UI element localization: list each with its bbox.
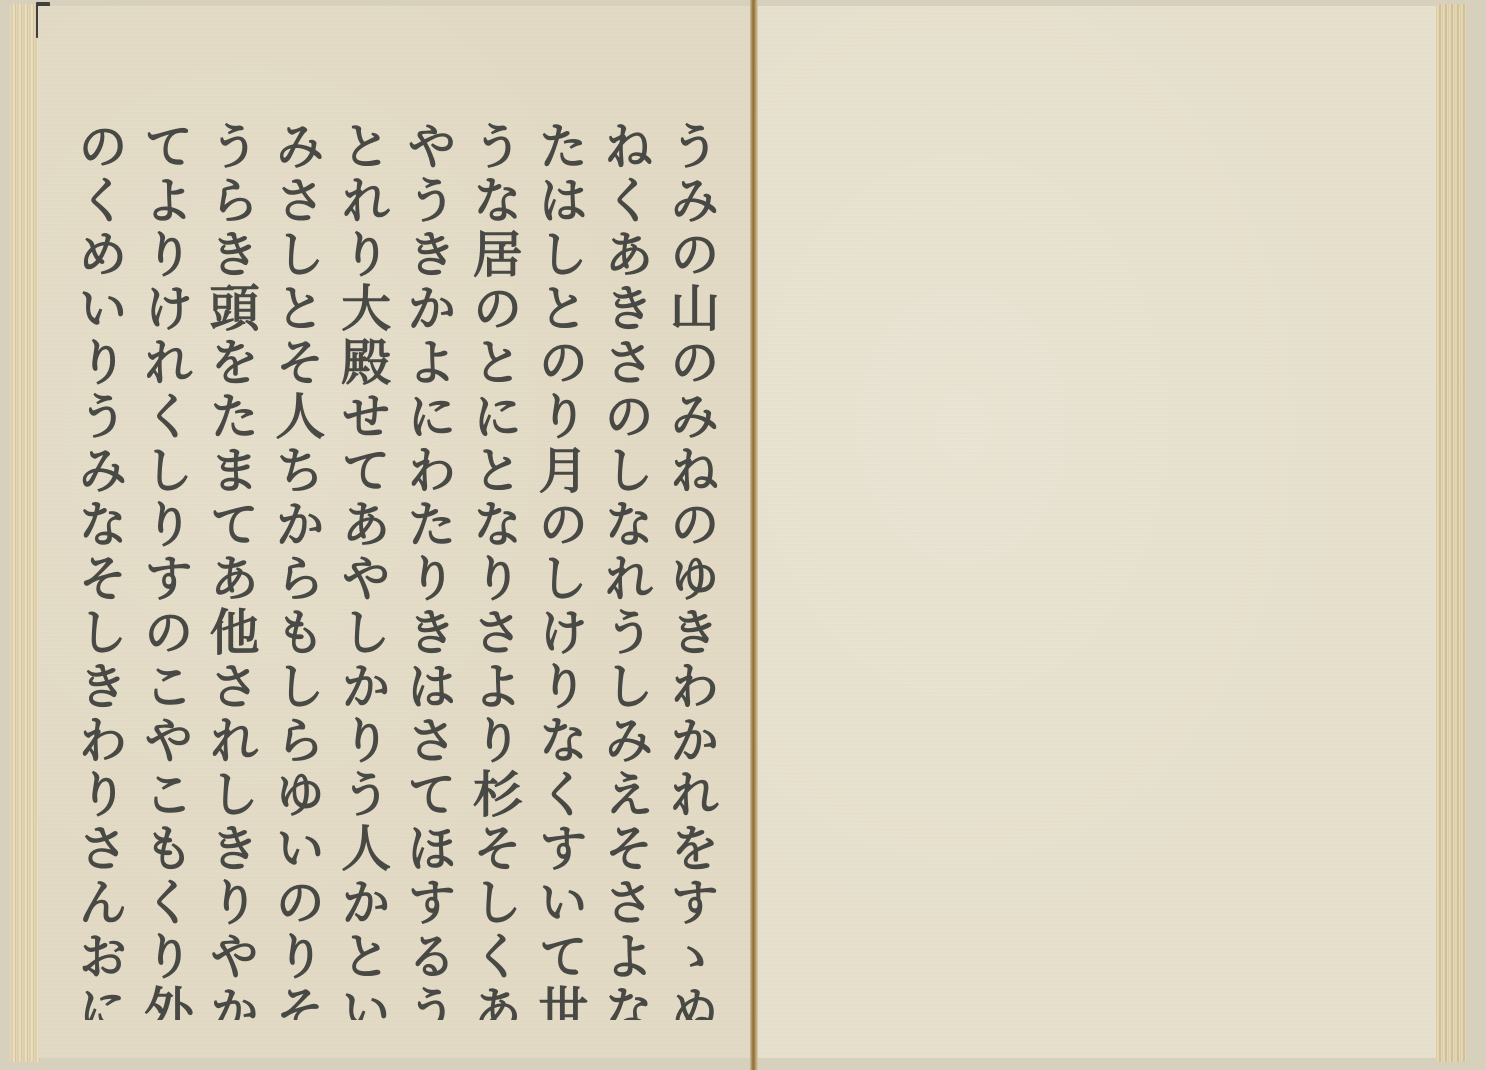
- text-column-6: とれり大殿せてあやしかりう人かといなうを: [333, 120, 391, 1020]
- right-page-blank: [758, 6, 1440, 1058]
- text-column-4: うな居のとにとなりさより杉そしくあ: [465, 120, 523, 1020]
- book-gutter: [750, 0, 758, 1070]
- text-column-10: のくめいりうみなそしきわりさんおにくくむすよ: [70, 120, 128, 1020]
- text-column-2: ねくあきさのしなれうしみえそさよな: [596, 120, 654, 1020]
- text-column-5: やうきかよにわたりきはさてほするうれし酒: [399, 120, 457, 1020]
- left-fore-edge: [10, 4, 40, 1062]
- text-column-7: みさしとそ人ちからもしらゆいのりそうと乳: [267, 120, 325, 1020]
- right-fore-edge: [1436, 4, 1466, 1062]
- text-column-1: うみの山のみねのゆきわかれをすゝぬ: [662, 120, 720, 1020]
- text-column-8: うらき頭をたまてあ他されしきりやかの: [202, 120, 260, 1020]
- text-column-9: てよりけれくしりすのこやこもくり外しと: [136, 120, 194, 1020]
- text-column-3: たはしとのり月のしけりなくすいて世五孔れ: [530, 120, 588, 1020]
- calligraphy-text-block: うみの山のみねのゆきわかれをすゝぬ ねくあきさのしなれうしみえそさよな たはしと…: [70, 120, 720, 1020]
